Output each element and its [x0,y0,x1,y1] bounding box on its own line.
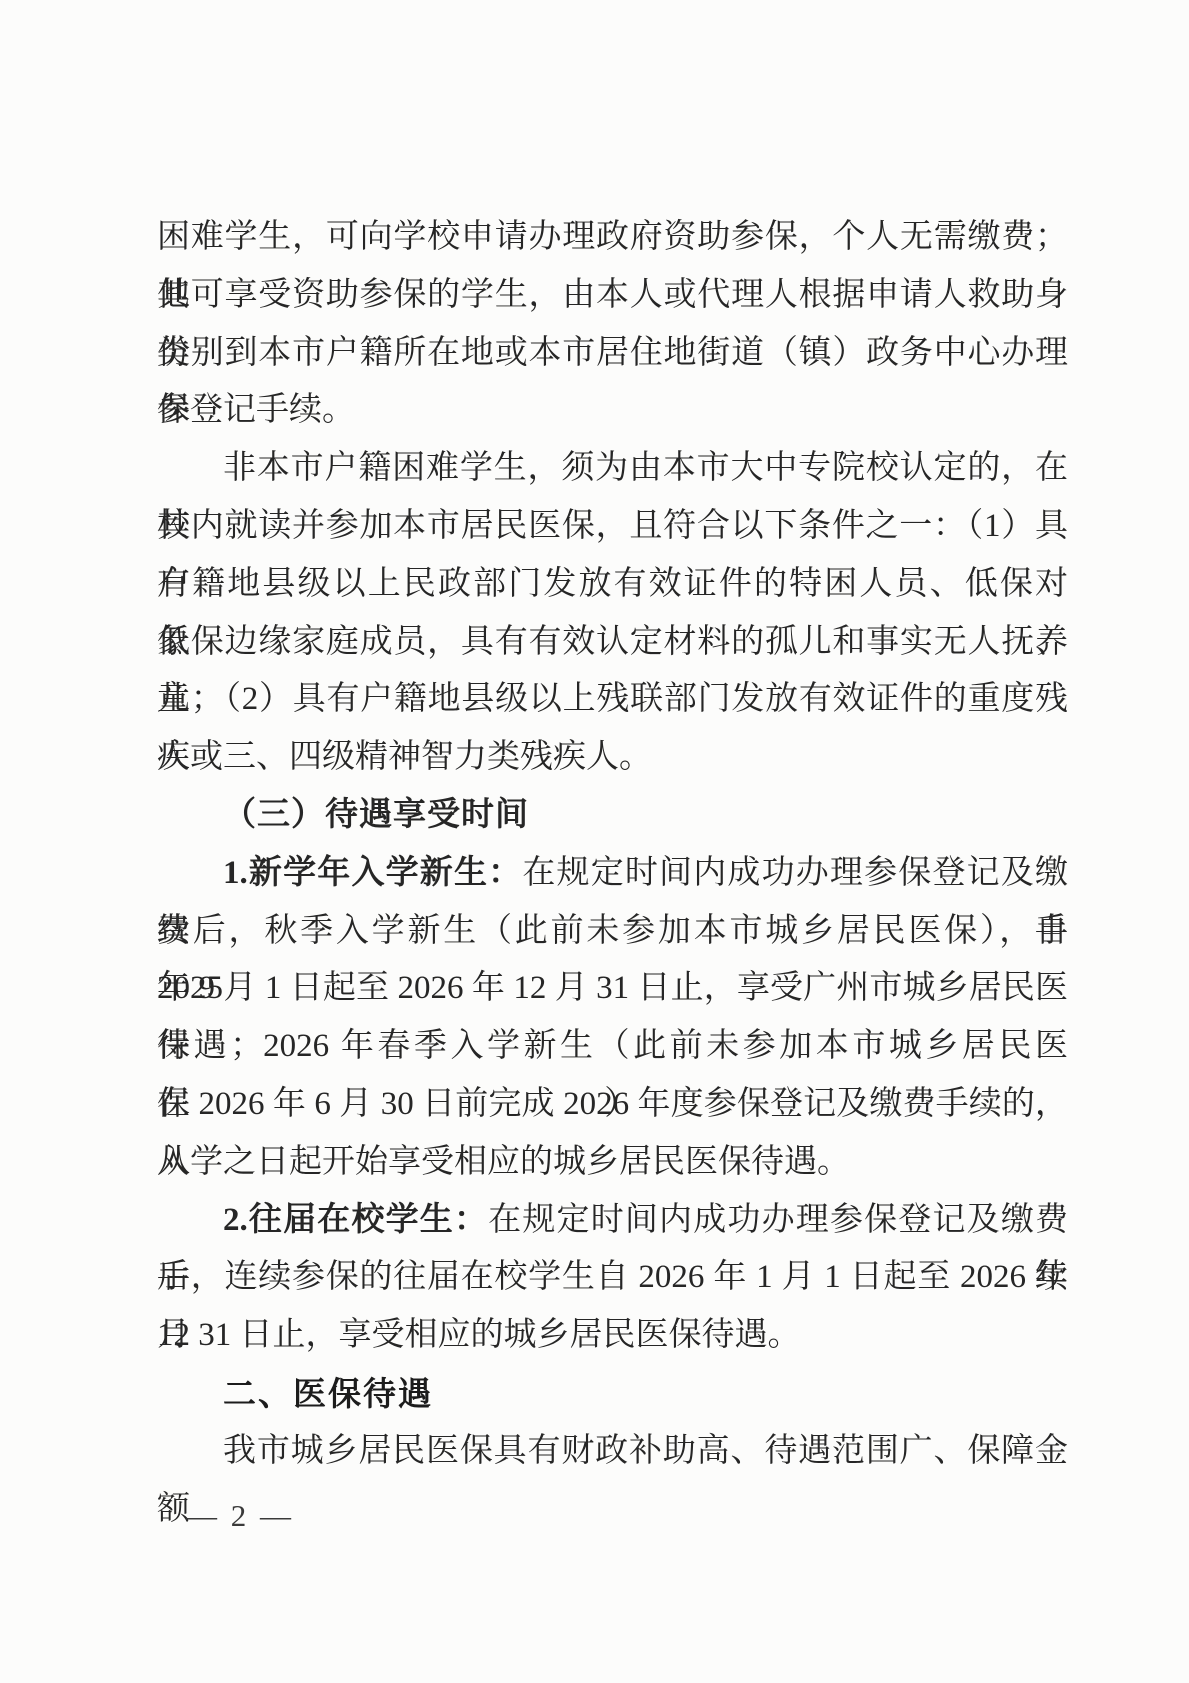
text-line: 校内就读并参加本市居民医保，且符合以下条件之一：（1）具有 [157,498,1068,556]
bold-text-segment: 1.新学年入学新生： [223,855,522,891]
text-line: 年 9 月 1 日起至 2026 年 12 月 31 日止，享受广州市城乡居民医… [157,960,1068,1018]
text-line: 我市城乡居民医保具有财政补助高、待遇范围广、保障金额 [157,1423,1068,1481]
text-line: 续后，秋季入学新生（此前未参加本市城乡居民医保），自 2025 [157,903,1068,961]
text-segment: 保登记手续。 [157,392,355,428]
text-line: 后，连续参保的往届在校学生自 2026 年 1 月 1 日起至 2026 年 1… [157,1249,1068,1307]
text-line: 入学之日起开始享受相应的城乡居民医保待遇。 [157,1134,1068,1192]
text-segment: 月 31 日止，享受相应的城乡居民医保待遇。 [157,1317,801,1353]
text-line: 月 31 日止，享受相应的城乡居民医保待遇。 [157,1307,1068,1365]
text-line: 人或三、四级精神智力类残疾人。 [157,729,1068,787]
text-segment: 入学之日起开始享受相应的城乡居民医保待遇。 [157,1144,850,1180]
text-line: 1.新学年入学新生：在规定时间内成功办理参保登记及缴费手 [157,845,1068,903]
text-line: 保登记手续。 [157,382,1068,440]
text-line: （三）待遇享受时间 [157,787,1068,845]
text-body: 困难学生，可向学校申请办理政府资助参保，个人无需缴费；其他可享受资助参保的学生，… [157,209,1068,1481]
text-line: 童；（2）具有户籍地县级以上残联部门发放有效证件的重度残疾 [157,671,1068,729]
page-number: — 2 — [186,1496,294,1536]
text-line: 待遇；2026 年春季入学新生（此前未参加本市城乡居民医保）， [157,1018,1068,1076]
text-line: 二、医保待遇 [157,1365,1068,1423]
text-line: 2.往届在校学生：在规定时间内成功办理参保登记及缴费手续 [157,1192,1068,1250]
text-line: 非本市户籍困难学生，须为由本市大中专院校认定的，在其 [157,440,1068,498]
bold-text-segment: 二、医保待遇 [223,1375,433,1412]
text-segment: 人或三、四级精神智力类残疾人。 [157,739,652,775]
text-line: 户籍地县级以上民政部门发放有效证件的特困人员、低保对象、 [157,556,1068,614]
text-line: 他可享受资助参保的学生，由本人或代理人根据申请人救助身份 [157,267,1068,325]
text-line: 类别到本市户籍所在地或本市居住地街道（镇）政务中心办理参 [157,325,1068,383]
text-line: 困难学生，可向学校申请办理政府资助参保，个人无需缴费；其 [157,209,1068,267]
text-line: 低保边缘家庭成员，具有有效认定材料的孤儿和事实无人抚养儿 [157,614,1068,672]
document-page: 困难学生，可向学校申请办理政府资助参保，个人无需缴费；其他可享受资助参保的学生，… [0,0,1189,1683]
text-line: 在 2026 年 6 月 30 日前完成 2026 年度参保登记及缴费手续的，从 [157,1076,1068,1134]
bold-text-segment: 2.往届在校学生： [223,1202,488,1238]
bold-text-segment: （三）待遇享受时间 [223,797,529,833]
